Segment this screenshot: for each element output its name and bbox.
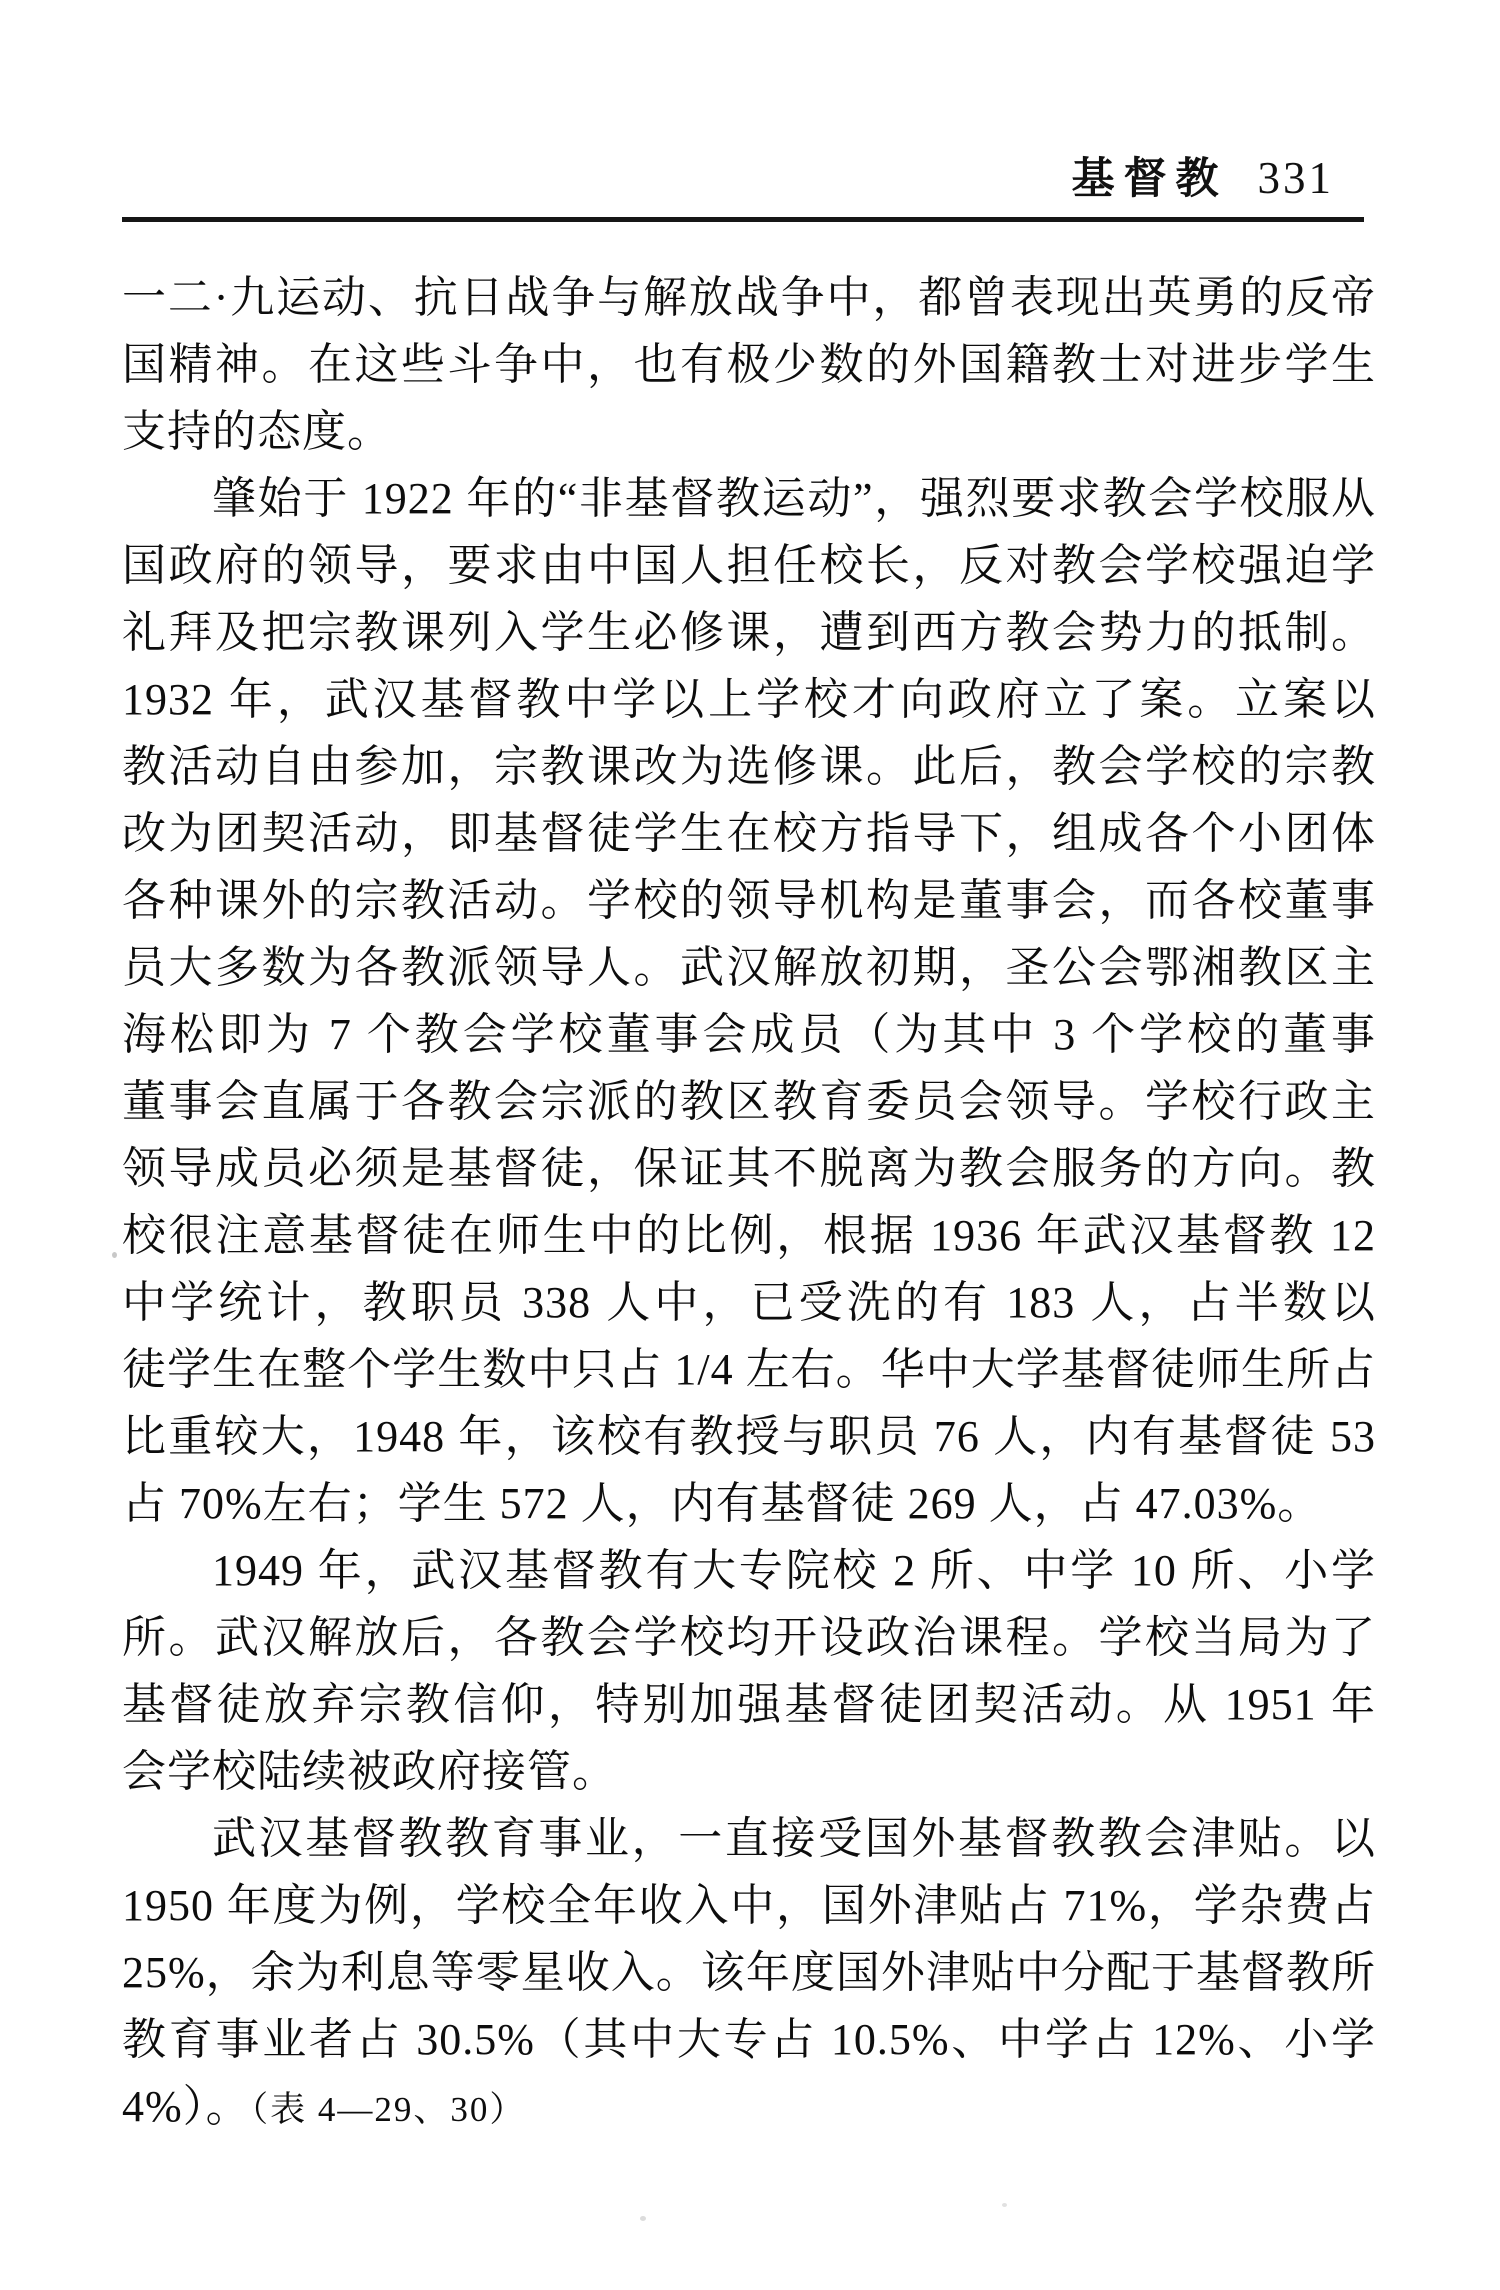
section-title: 基督教 [1072,152,1228,208]
scan-speck [112,1252,117,1258]
text-line: 国政府的领导，要求由中国人担任校长，反对教会学校强迫学生作 [122,532,1376,599]
text-line: 领导成员必须是基督徒，保证其不脱离为教会服务的方向。教会学 [122,1135,1376,1202]
line-text: 25%，余为利息等零星收入。该年度国外津贴中分配于基督教所办 [122,1948,1376,2006]
text-line: 基督徒放弃宗教信仰，特别加强基督徒团契活动。从 1951 年起，教 [122,1671,1376,1738]
text-line: 徒学生在整个学生数中只占 1/4 左右。华中大学基督徒师生所占 [122,1336,1376,1403]
text-line: 4%）。（表 4—29、30） [122,2073,1376,2140]
line-text: 教活动自由参加，宗教课改为选修课。此后，教会学校的宗教活动 [122,742,1376,800]
line-text: 领导成员必须是基督徒，保证其不脱离为教会服务的方向。教会学 [122,1144,1376,1202]
line-text: 员大多数为各教派领导人。武汉解放初期，圣公会鄂湘教区主教张 [122,943,1376,1001]
running-header: 基督教 331 [122,150,1376,208]
text-line: 教育事业者占 30.5%（其中大专占 10.5%、中学占 12%、小学占 [122,2006,1376,2073]
text-line: 国精神。在这些斗争中，也有极少数的外国籍教士对进步学生采取 [122,331,1376,398]
line-text: 支持的态度。 [122,407,392,456]
text-line: 所。武汉解放后，各教会学校均开设政治课程。学校当局为了防止 [122,1604,1376,1671]
scan-speck [437,505,442,510]
text-line: 比重较大，1948 年，该校有教授与职员 76 人，内有基督徒 53 人， [122,1403,1376,1470]
text-line: 一二·九运动、抗日战争与解放战争中，都曾表现出英勇的反帝爱 [122,264,1376,331]
line-text: 国政府的领导，要求由中国人担任校长，反对教会学校强迫学生作 [122,541,1376,599]
text-line: 会学校陆续被政府接管。 [122,1738,1376,1805]
text-line: 中学统计，教职员 338 人中，已受洗的有 183 人，占半数以上；基督 [122,1269,1376,1336]
text-line: 各种课外的宗教活动。学校的领导机构是董事会，而各校董事会成 [122,867,1376,934]
header-rule [122,217,1364,222]
line-text: 海松即为 7 个教会学校董事会成员（为其中 3 个学校的董事长）。 [122,1010,1376,1068]
text-line: 1932 年，武汉基督教中学以上学校才向政府立了案。立案以后，宗 [122,666,1376,733]
page-number: 331 [1258,150,1335,206]
line-text: 武汉基督教教育事业，一直接受国外基督教教会津贴。以 [212,1814,1376,1863]
table-reference-note: （表 4—29、30） [251,2090,527,2129]
line-text: 所。武汉解放后，各教会学校均开设政治课程。学校当局为了防止 [122,1613,1376,1671]
text-line: 占 70%左右；学生 572 人，内有基督徒 269 人，占 47.03%。 [122,1470,1376,1537]
line-text: 徒学生在整个学生数中只占 1/4 左右。华中大学基督徒师生所占 [122,1345,1376,1394]
line-text: 礼拜及把宗教课列入学生必修课，遭到西方教会势力的抵制。直到 [122,608,1376,666]
text-line: 支持的态度。 [122,398,1376,465]
page-body: 基督教 331 一二·九运动、抗日战争与解放战争中，都曾表现出英勇的反帝爱国精神… [122,150,1376,2140]
line-text: 改为团契活动，即基督徒学生在校方指导下，组成各个小团体开展 [122,809,1376,867]
line-text: 一二·九运动、抗日战争与解放战争中，都曾表现出英勇的反帝爱 [122,273,1376,331]
text-line: 改为团契活动，即基督徒学生在校方指导下，组成各个小团体开展 [122,800,1376,867]
line-text: 占 70%左右；学生 572 人，内有基督徒 269 人，占 47.03%。 [122,1479,1322,1528]
scan-speck [1002,2203,1007,2207]
text-line: 武汉基督教教育事业，一直接受国外基督教教会津贴。以 [122,1805,1376,1872]
line-text: 4%）。 [122,2082,251,2131]
scanned-book-page: { "header": { "section_title": "基督教", "p… [0,0,1500,2290]
scan-speck [640,2216,646,2221]
text-line: 1949 年，武汉基督教有大专院校 2 所、中学 10 所、小学 20 [122,1537,1376,1604]
line-text: 基督徒放弃宗教信仰，特别加强基督徒团契活动。从 1951 年起，教 [122,1680,1376,1738]
text-line: 礼拜及把宗教课列入学生必修课，遭到西方教会势力的抵制。直到 [122,599,1376,666]
text-line: 教活动自由参加，宗教课改为选修课。此后，教会学校的宗教活动 [122,733,1376,800]
body-text: 一二·九运动、抗日战争与解放战争中，都曾表现出英勇的反帝爱国精神。在这些斗争中，… [122,264,1376,2140]
text-line: 校很注意基督徒在师生中的比例，根据 1936 年武汉基督教 12 所 [122,1202,1376,1269]
text-line: 25%，余为利息等零星收入。该年度国外津贴中分配于基督教所办 [122,1939,1376,2006]
line-text: 教育事业者占 30.5%（其中大专占 10.5%、中学占 12%、小学占 [122,2015,1376,2073]
text-line: 1950 年度为例，学校全年收入中，国外津贴占 71%，学杂费占 [122,1872,1376,1939]
line-text: 中学统计，教职员 338 人中，已受洗的有 183 人，占半数以上；基督 [122,1278,1376,1336]
line-text: 1932 年，武汉基督教中学以上学校才向政府立了案。立案以后，宗 [122,675,1376,733]
line-text: 董事会直属于各教会宗派的教区教育委员会领导。学校行政主要 [122,1077,1376,1135]
text-line: 海松即为 7 个教会学校董事会成员（为其中 3 个学校的董事长）。 [122,1001,1376,1068]
line-text: 校很注意基督徒在师生中的比例，根据 1936 年武汉基督教 12 所 [122,1211,1376,1269]
line-text: 1950 年度为例，学校全年收入中，国外津贴占 71%，学杂费占 [122,1881,1376,1930]
line-text: 1949 年，武汉基督教有大专院校 2 所、中学 10 所、小学 20 [122,1546,1376,1604]
line-text: 国精神。在这些斗争中，也有极少数的外国籍教士对进步学生采取 [122,340,1376,398]
line-text: 会学校陆续被政府接管。 [122,1747,617,1796]
line-text: 肇始于 1922 年的“非基督教运动”，强烈要求教会学校服从中 [122,474,1376,532]
text-line: 肇始于 1922 年的“非基督教运动”，强烈要求教会学校服从中 [122,465,1376,532]
line-text: 各种课外的宗教活动。学校的领导机构是董事会，而各校董事会成 [122,876,1376,934]
text-line: 员大多数为各教派领导人。武汉解放初期，圣公会鄂湘教区主教张 [122,934,1376,1001]
line-text: 比重较大，1948 年，该校有教授与职员 76 人，内有基督徒 53 人， [122,1412,1376,1470]
text-line: 董事会直属于各教会宗派的教区教育委员会领导。学校行政主要 [122,1068,1376,1135]
